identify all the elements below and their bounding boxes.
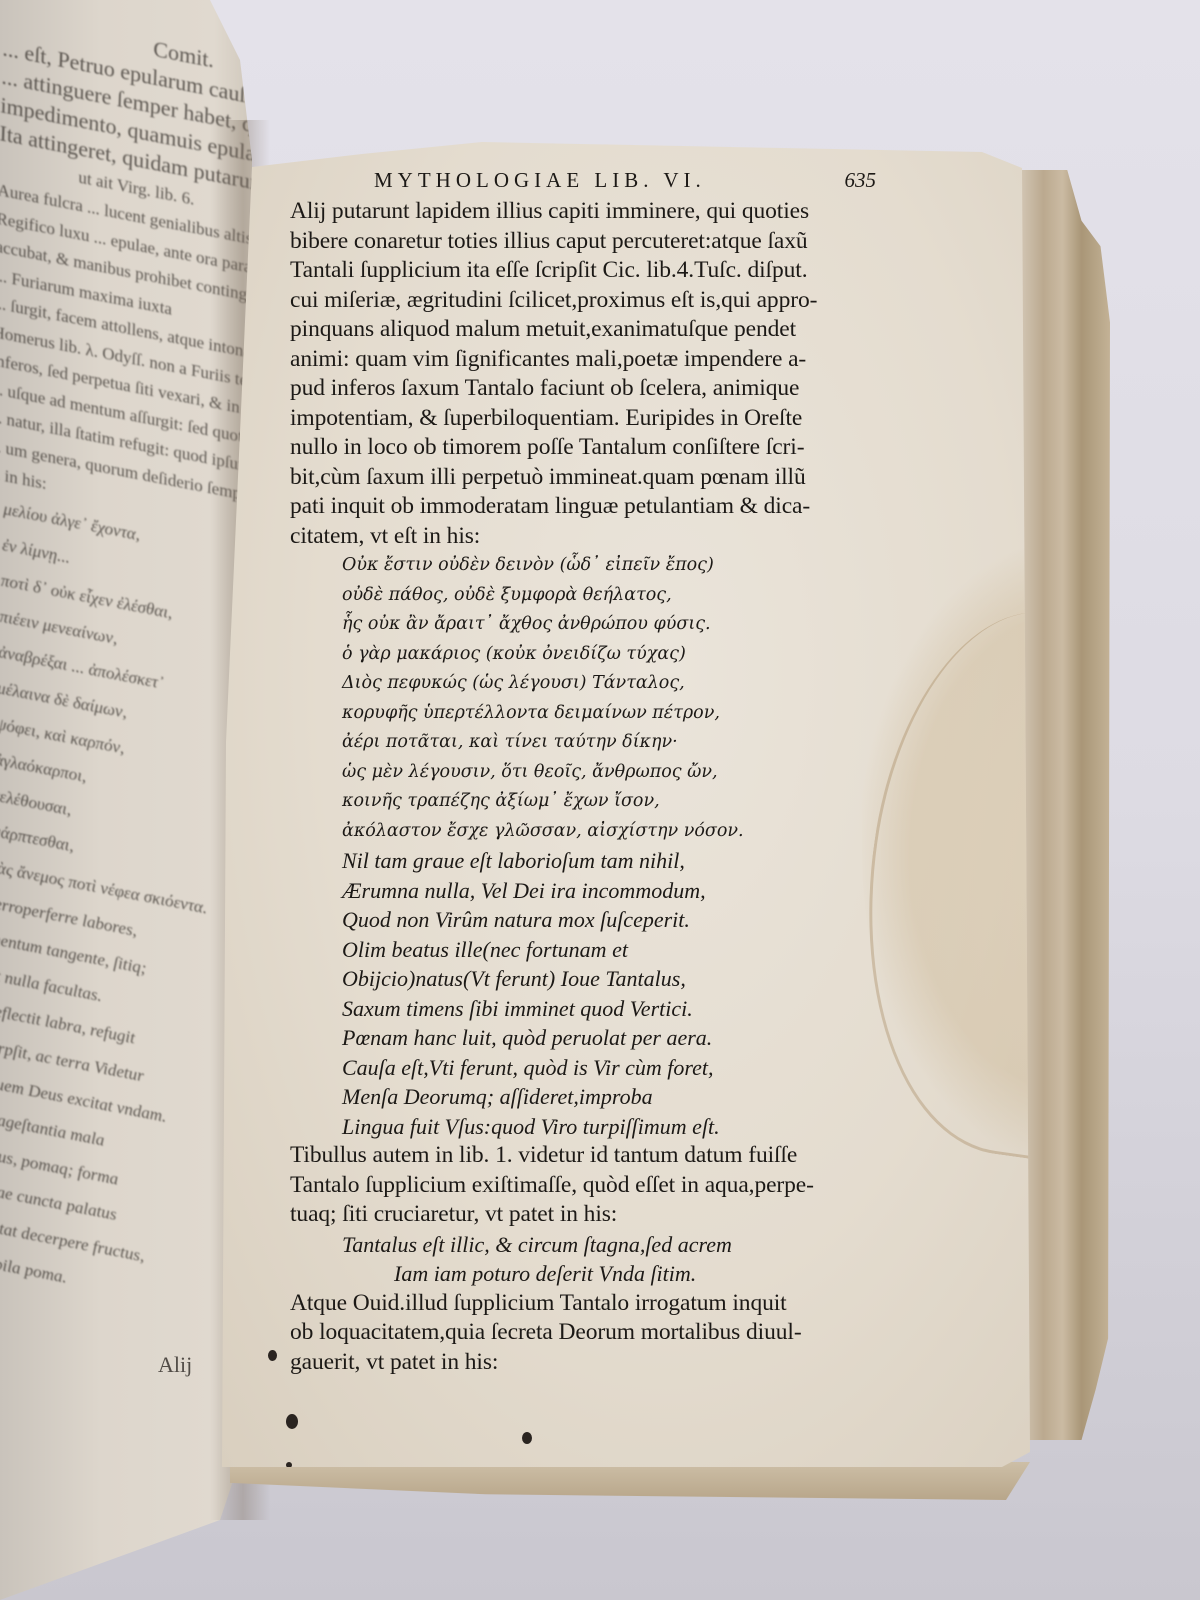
greek-verse-quotation: Οὐκ ἔστιν οὐδὲν δεινὸν (ὧδ᾽ εἰπεῖν ἔπος)… [290,551,880,846]
wormhole [522,1432,532,1444]
prose-paragraph-1: Alij putarunt lapidem illius capiti immi… [290,197,880,551]
latin-verse-line: Saxum timens ſibi imminet quod Vertici. [290,994,880,1024]
prose-line: nullo in loco ob timorem poſſe Tantalum … [290,433,880,463]
greek-verse-line: κορυφῆς ὑπερτέλλοντα δειμαίνων πέτρον, [290,699,880,729]
prose-line: citatem, vt eſt in his: [290,522,880,552]
latin-verse-line: Lingua fuit Vſus:quod Viro turpiſſimum e… [290,1112,880,1142]
latin-verse-line: Olim beatus ille(nec fortunam et [290,935,880,965]
prose-line: Tantali ſupplicium ita eſſe ſcripſit Cic… [290,256,880,286]
latin-verse-line: Ærumna nulla, Vel Dei ira incommodum, [290,876,880,906]
greek-verse-line: ἧς οὐκ ἂν ἄραιτ᾽ ἄχθος ἀνθρώπου φύσις. [290,610,880,640]
left-catchword: Alij [158,1352,192,1378]
greek-verse-line: Διὸς πεφυκώς (ὡς λέγουσι) Τάνταλος, [290,669,880,699]
prose-line: Tibullus autem in lib. 1. videtur id tan… [290,1141,880,1171]
book-photograph: Comit. ... eſt, Petruo epularum cauſa ..… [0,0,1200,1600]
prose-paragraph-3: Atque Ouid.illud ſupplicium Tantalo irro… [290,1289,880,1378]
wormhole [286,1414,298,1429]
latin-verse-translation: Nil tam graue eſt laborioſum tam nihil, … [290,846,880,1141]
latin-verse-line: Iam iam poturo deſerit Vnda ſitim. [290,1259,880,1289]
prose-line: gauerit, vt patet in his: [290,1348,880,1378]
page-number: 635 [845,168,881,193]
latin-verse-line: Menſa Deorumq; aſſideret,improba [290,1082,880,1112]
running-title: MYTHOLOGIAE LIB. VI. [374,168,706,193]
prose-line: Alij putarunt lapidem illius capiti immi… [290,197,880,227]
wormhole [268,1350,277,1361]
latin-verse-line: Obijcio)natus(Vt ferunt) Ioue Tantalus, [290,964,880,994]
latin-verse-line: Cauſa eſt,Vti ferunt, quòd is Vir cùm fo… [290,1053,880,1083]
prose-line: ob loquacitatem,quia ſecreta Deorum mort… [290,1318,880,1348]
greek-verse-line: κοινῆς τραπέζης ἀξίωμ᾽ ἔχων ἴσον, [290,787,880,817]
prose-line: impotentiam, & ſuperbiloquentiam. Euripi… [290,404,880,434]
water-stain-edge [834,594,1200,1174]
page-text: MYTHOLOGIAE LIB. VI. 635 Alij putarunt l… [290,168,880,1377]
prose-line: Tantalo ſupplicium exiſtimaſſe, quòd eſſ… [290,1171,880,1201]
running-head: MYTHOLOGIAE LIB. VI. 635 [290,168,880,193]
prose-line: pati inquit ob immoderatam linguæ petula… [290,492,880,522]
greek-verse-line: ἀέρι ποτᾶται, καὶ τίνει ταύτην δίκην· [290,728,880,758]
prose-line: bit,cùm ſaxum illi perpetuò immineat.qua… [290,463,880,493]
prose-line: bibere conaretur toties illius caput per… [290,227,880,257]
page-block-bottom-edge [230,1462,1030,1500]
prose-line: animi: quam vim ſignificantes mali,poetæ… [290,345,880,375]
page-block-edge [1015,170,1110,1440]
latin-verse-line: Tantalus eſt illic, & circum ſtagna,ſed … [290,1230,880,1260]
prose-paragraph-2: Tibullus autem in lib. 1. videtur id tan… [290,1141,880,1230]
latin-verse-line: Pœnam hanc luit, quòd peruolat per aera. [290,1023,880,1053]
greek-verse-line: ἀκόλαστον ἔσχε γλῶσσαν, αἰσχίστην νόσον. [290,817,880,847]
latin-verse-line: Quod non Virûm natura mox ſuſceperit. [290,905,880,935]
prose-line: cui miſeriæ, ægritudini ſcilicet,proximu… [290,286,880,316]
prose-line: tuaq; ſiti cruciaretur, vt patet in his: [290,1200,880,1230]
prose-line: Atque Ouid.illud ſupplicium Tantalo irro… [290,1289,880,1319]
tibullus-quotation: Tantalus eſt illic, & circum ſtagna,ſed … [290,1230,880,1289]
latin-verse-line: Nil tam graue eſt laborioſum tam nihil, [290,846,880,876]
left-page-text: Comit. ... eſt, Petruo epularum cauſa ..… [0,6,244,1321]
greek-verse-line: ὁ γὰρ μακάριος (κοὐκ ὀνειδίζω τύχας) [290,640,880,670]
prose-line: pinquans aliquod malum metuit,exanimatuſ… [290,315,880,345]
greek-verse-line: ὡς μὲν λέγουσιν, ὅτι θεοῖς, ἄνθρωπος ὤν, [290,758,880,788]
prose-line: pud inferos ſaxum Tantalo faciunt ob ſce… [290,374,880,404]
greek-verse-line: οὐδὲ πάθος, οὐδὲ ξυμφορὰ θεήλατος, [290,581,880,611]
greek-verse-line: Οὐκ ἔστιν οὐδὲν δεινὸν (ὧδ᾽ εἰπεῖν ἔπος) [290,551,880,581]
